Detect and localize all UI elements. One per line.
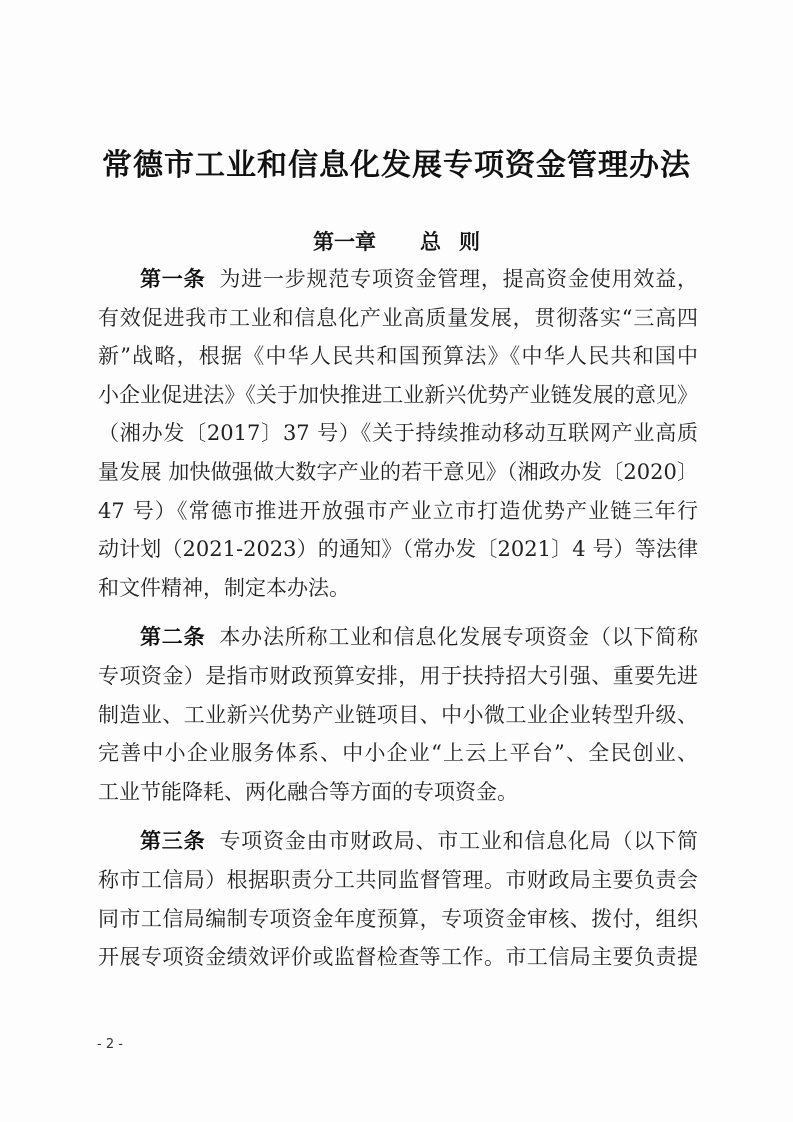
article-line: 和文件精神，制定本办法。	[98, 569, 698, 608]
article-2: 第二条本办法所称工业和信息化发展专项资金（以下简称 专项资金）是指市财政预算安排…	[98, 618, 698, 811]
chapter-name-part2: 则	[459, 230, 480, 254]
article-line: 称市工信局）根据职责分工共同监督管理。市财政局主要负责会	[98, 861, 698, 900]
article-label: 第三条	[140, 829, 205, 853]
article-line: 有效促进我市工业和信息化产业高质量发展，贯彻落实“三高四	[98, 299, 698, 338]
document-title: 常德市工业和信息化发展专项资金管理办法	[0, 140, 793, 184]
page-number: - 2 -	[97, 1037, 123, 1052]
article-line: 动计划（2021-2023）的通知》（常办发〔2021〕4 号）等法律	[98, 530, 698, 569]
article-label: 第二条	[140, 625, 205, 649]
article-line: 量发展 加快做强做大数字产业的若干意见》（湘政办发〔2020〕	[98, 453, 698, 492]
document-body: 第一条为进一步规范专项资金管理，提高资金使用效益， 有效促进我市工业和信息化产业…	[98, 260, 698, 977]
chapter-name-part1: 总	[420, 230, 441, 254]
article-line: 第一条为进一步规范专项资金管理，提高资金使用效益，	[98, 260, 698, 299]
article-line: （湘办发〔2017〕37 号）《关于持续推动移动互联网产业高质	[98, 414, 698, 453]
article-line: 47 号）《常德市推进开放强市产业立市打造优势产业链三年行	[98, 492, 698, 531]
article-line: 工业节能降耗、两化融合等方面的专项资金。	[98, 773, 698, 812]
document-page: 常德市工业和信息化发展专项资金管理办法 第一章总则 第一条为进一步规范专项资金管…	[0, 0, 793, 1122]
article-line: 专项资金）是指市财政预算安排，用于扶持招大引强、重要先进	[98, 657, 698, 696]
article-1: 第一条为进一步规范专项资金管理，提高资金使用效益， 有效促进我市工业和信息化产业…	[98, 260, 698, 607]
article-line: 小企业促进法》《关于加快推进工业新兴优势产业链发展的意见》	[98, 376, 698, 415]
article-line: 完善中小企业服务体系、中小企业“上云上平台”、全民创业、	[98, 734, 698, 773]
article-line: 制造业、工业新兴优势产业链项目、中小微工业企业转型升级、	[98, 696, 698, 735]
article-line: 新”战略，根据《中华人民共和国预算法》《中华人民共和国中	[98, 337, 698, 376]
chapter-number: 第一章	[313, 230, 376, 254]
article-line: 同市工信局编制专项资金年度预算，专项资金审核、拨付，组织	[98, 900, 698, 939]
article-3: 第三条专项资金由市财政局、市工业和信息化局（以下简 称市工信局）根据职责分工共同…	[98, 822, 698, 976]
chapter-heading: 第一章总则	[0, 226, 793, 256]
article-label: 第一条	[140, 267, 205, 291]
article-line: 第二条本办法所称工业和信息化发展专项资金（以下简称	[98, 618, 698, 657]
article-line: 开展专项资金绩效评价或监督检查等工作。市工信局主要负责提	[98, 938, 698, 977]
article-line: 第三条专项资金由市财政局、市工业和信息化局（以下简	[98, 822, 698, 861]
